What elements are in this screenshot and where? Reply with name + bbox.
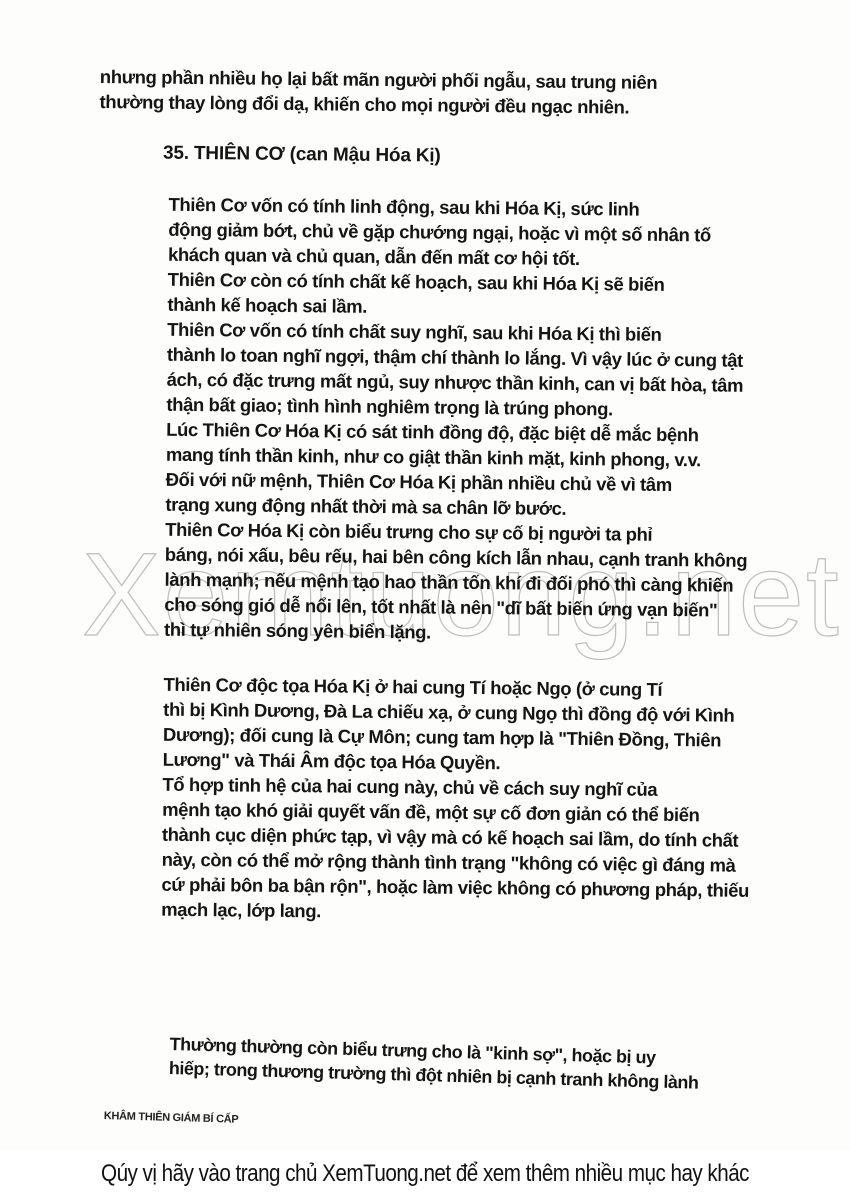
paragraph: Thiên Cơ còn có tính chất kế hoạch, sau … (97, 266, 747, 323)
paragraph: Thường thường còn biểu trưng cho là "kin… (99, 1030, 730, 1096)
site-caption: Qúy vị hãy vào trang chủ XemTuong.net để… (60, 1160, 791, 1188)
paragraph: Đối với nữ mệnh, Thiên Cơ Hóa Kị phần nh… (95, 466, 745, 523)
paragraph: Thiên Cơ độc tọa Hóa Kị ở hai cung Tí ho… (93, 671, 744, 778)
intro-paragraph: nhưng phần nhiều họ lại bất mãn người ph… (99, 64, 749, 121)
paragraph: Thiên Cơ vốn có tính linh động, sau khi … (98, 191, 749, 273)
scanned-page: Xemtuong.net nhưng phần nhiều họ lại bất… (0, 0, 850, 1150)
paragraph: Tổ hợp tinh hệ của hai cung này, chủ về … (91, 771, 743, 928)
paragraph: Lúc Thiên Cơ Hóa Kị có sát tinh đồng độ,… (96, 416, 746, 473)
page-body: nhưng phần nhiều họ lại bất mãn người ph… (91, 64, 750, 928)
paragraph: Thiên Cơ vốn có tính chất suy nghĩ, sau … (96, 316, 747, 423)
section-heading: 35. THIÊN CƠ (can Mậu Hóa Kị) (163, 141, 749, 172)
running-footer: KHÂM THIÊN GIÁM BÍ CẤP (104, 1110, 239, 1126)
bottom-paragraph: Thường thường còn biểu trưng cho là "kin… (99, 1030, 730, 1096)
paragraph: Thiên Cơ Hóa Kị còn biểu trưng cho sự cố… (94, 516, 745, 648)
